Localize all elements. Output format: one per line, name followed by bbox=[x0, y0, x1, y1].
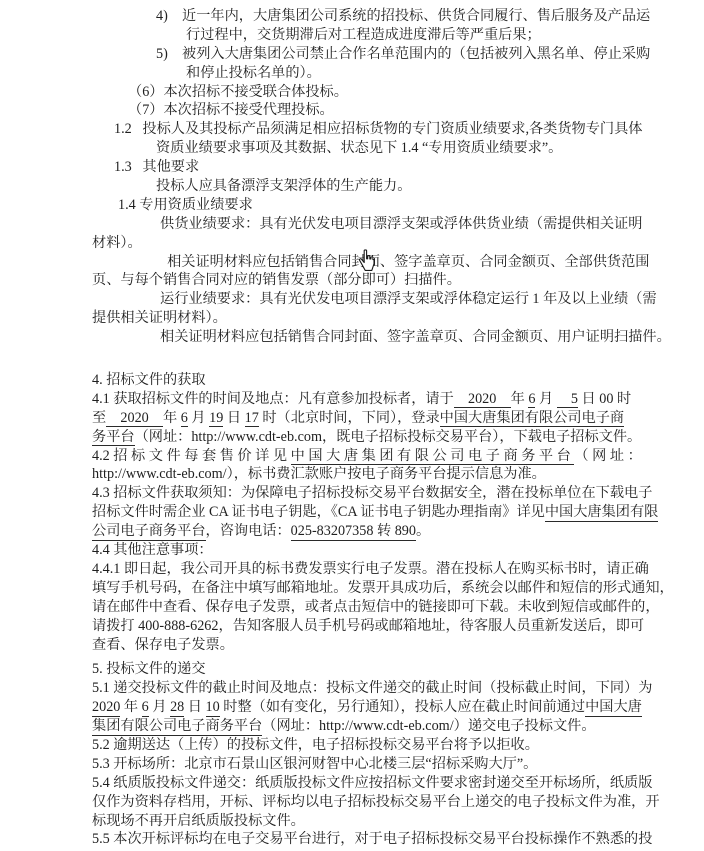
text-segment: 资质业绩要求事项及其数据、状态见下 1.4 “专用资质业绩要求”。 bbox=[156, 140, 562, 156]
text-segment: 请拨打 400-888-6262，告知客服人员手机号码或邮箱地址，待客服人员重新… bbox=[92, 618, 644, 634]
doc-line: 公司电子商务平台，咨询电话：025-83207358 转 890。 bbox=[92, 522, 614, 541]
underlined-text: 公司电子商务平台 bbox=[92, 523, 206, 541]
underlined-text: 中国大唐集团有限 bbox=[545, 504, 659, 522]
text-segment: 5.4 纸质版投标文件递交：纸质版投标文件应按招标文件要求密封递交至开标场所，纸… bbox=[92, 775, 652, 791]
underlined-text: 025-83207358 转 890 bbox=[291, 523, 416, 541]
text-segment: 月 bbox=[149, 699, 170, 715]
text-segment: 运行业绩要求：具有光伏发电项目漂浮支架或浮体稳定运行 1 年及以上业绩（需 bbox=[160, 291, 657, 307]
underlined-text: 6 bbox=[142, 699, 149, 717]
doc-line: 4.3 招标文件获取须知：为保障电子招标投标交易平台数据安全，潜在投标单位在下载… bbox=[92, 484, 614, 503]
text-segment: 4.3 招标文件获取须知：为保障电子招标投标交易平台数据安全，潜在投标单位在下载… bbox=[92, 485, 652, 501]
underlined-text: 中国大唐集团有限公司电子商 bbox=[440, 410, 624, 428]
text-segment: 日 00 时 bbox=[578, 391, 631, 407]
document-text-column: 4) 近一年内，大唐集团公司系统的招投标、供货合同履行、售后服务及产品运行过程中… bbox=[92, 7, 614, 849]
doc-line: 集团有限公司电子商务平台（网址：http://www.cdt-eb.com/）递… bbox=[92, 717, 614, 736]
doc-line: 4) 近一年内，大唐集团公司系统的招投标、供货合同履行、售后服务及产品运 bbox=[92, 7, 614, 26]
underlined-text: 务平台 bbox=[92, 429, 135, 447]
text-segment: http://www.cdt-eb.com/），标书费汇款账户按电子商务平台提示… bbox=[92, 466, 546, 482]
underlined-text: 中 国 大 唐 集 团 有 限 公 司 电 子 商 务 平 台 bbox=[291, 448, 575, 466]
doc-line: 5) 被列入大唐集团公司禁止合作名单范围内的（包括被列入黑名单、停止采购 bbox=[92, 45, 614, 64]
text-segment: 投标人应具备漂浮支架浮体的生产能力。 bbox=[156, 178, 411, 194]
doc-line: 相关证明材料应包括销售合同封面、签字盖章页、合同金额页、全部供货范围 bbox=[92, 253, 614, 272]
text-segment: （7）本次招标不接受代理投标。 bbox=[128, 102, 334, 118]
text-segment: 仅作为资料存档用，开标、评标均以电子招标投标交易平台上递交的电子投标文件为准，开 bbox=[92, 794, 660, 810]
text-segment: 1.3 其他要求 bbox=[114, 159, 199, 175]
doc-line: 仅作为资料存档用，开标、评标均以电子招标投标交易平台上递交的电子投标文件为准，开 bbox=[92, 793, 614, 812]
text-segment: 年 bbox=[120, 699, 141, 715]
text-segment: 4.1 获取招标文件的时间及地点：凡有意参加投标者，请于 bbox=[92, 391, 454, 407]
text-segment: 4.4 其他注意事项： bbox=[92, 542, 213, 558]
doc-line: 4.2 招 标 文 件 每 套 售 价 详 见 中 国 大 唐 集 团 有 限 … bbox=[92, 447, 614, 466]
doc-line: 4. 招标文件的获取 bbox=[92, 371, 614, 390]
doc-line: 4.4 其他注意事项： bbox=[92, 541, 614, 560]
doc-line: 至 2020 年 6 月 19 日 17 时（北京时间，下同），登录中国大唐集团… bbox=[92, 409, 614, 428]
text-segment: 页、与每个销售合同对应的销售发票（部分即可）扫描件。 bbox=[92, 272, 461, 288]
doc-line: 务平台（网址：http://www.cdt-eb.com，既电子招标投标交易平台… bbox=[92, 428, 614, 447]
doc-line: 5. 投标文件的递交 bbox=[92, 660, 614, 679]
text-segment: 4) 近一年内，大唐集团公司系统的招投标、供货合同履行、售后服务及产品运 bbox=[156, 8, 650, 24]
doc-line: 标现场不再开启纸质版投标文件。 bbox=[92, 812, 614, 831]
text-segment: 4.2 招 标 文 件 每 套 售 价 详 见 bbox=[92, 448, 291, 464]
text-segment: 1.2 投标人及其投标产品须满足相应招标货物的专门资质业绩要求,各类货物专门具体 bbox=[114, 121, 643, 137]
text-segment: 填写手机号码，在备注中填写邮箱地址。发票开具成功后，系统会以邮件和短信的形式通知… bbox=[92, 580, 674, 596]
doc-line: http://www.cdt-eb.com/），标书费汇款账户按电子商务平台提示… bbox=[92, 465, 614, 484]
underlined-text: 集团有限公司电子商务平台 bbox=[92, 718, 262, 736]
text-segment: 月 bbox=[188, 410, 209, 426]
doc-line: 5.5 本次开标评标均在电子交易平台进行，对于电子招标投标交易平台投标操作不熟悉… bbox=[92, 830, 614, 849]
doc-line: 材料）。 bbox=[92, 234, 614, 253]
text-segment: 5.2 逾期送达（上传）的投标文件，电子招标投标交易平台将予以拒收。 bbox=[92, 737, 539, 753]
text-segment: 时（北京时间，下同），登录 bbox=[259, 410, 440, 426]
doc-line: 请拨打 400-888-6262，告知客服人员手机号码或邮箱地址，待客服人员重新… bbox=[92, 617, 614, 636]
text-segment: 4. 招标文件的获取 bbox=[92, 372, 206, 388]
text-segment: 日 bbox=[184, 699, 205, 715]
underlined-text: 19 bbox=[209, 410, 223, 428]
doc-line: 5.1 递交投标文件的截止时间及地点：投标文件递交的截止时间（投标截止时间，下同… bbox=[92, 679, 614, 698]
doc-line: 招标文件时需企业 CA 证书电子钥匙，《CA 证书电子钥匙办理指南》详见中国大唐… bbox=[92, 503, 614, 522]
underlined-text: 2020 bbox=[106, 410, 163, 428]
text-segment: 年 bbox=[511, 391, 529, 407]
text-segment: （6）本次招标不接受联合体投标。 bbox=[128, 84, 348, 100]
doc-line: 提供相关证明材料）。 bbox=[92, 309, 614, 328]
text-segment: ，咨询电话： bbox=[206, 523, 291, 539]
text-segment: （网址：http://www.cdt-eb.com/）递交电子投标文件。 bbox=[262, 718, 595, 734]
doc-line: 1.4 专用资质业绩要求 bbox=[92, 196, 614, 215]
doc-line: 相关证明材料应包括销售合同封面、签字盖章页、合同金额页、用户证明扫描件。 bbox=[92, 328, 614, 347]
text-segment: 5.1 递交投标文件的截止时间及地点：投标文件递交的截止时间（投标截止时间，下同… bbox=[92, 680, 652, 696]
text-segment: 5.5 本次开标评标均在电子交易平台进行，对于电子招标投标交易平台投标操作不熟悉… bbox=[92, 831, 652, 847]
text-segment: 标现场不再开启纸质版投标文件。 bbox=[92, 813, 305, 829]
text-segment: 提供相关证明材料）。 bbox=[92, 310, 227, 326]
underlined-text: 2020 bbox=[454, 391, 511, 409]
underlined-text: 17 bbox=[245, 410, 259, 428]
underlined-text: 中国大唐 bbox=[585, 699, 642, 717]
text-segment: （ 网 址 ： bbox=[574, 448, 641, 464]
doc-line: 5.4 纸质版投标文件递交：纸质版投标文件应按招标文件要求密封递交至开标场所，纸… bbox=[92, 774, 614, 793]
text-segment: 行过程中，交货期滞后对工程造成进度滞后等严重后果； bbox=[186, 27, 541, 43]
doc-line: 查看、保存电子发票。 bbox=[92, 636, 614, 655]
text-segment: 日 bbox=[223, 410, 244, 426]
text-segment: 时整（如有变化，另行通知），投标人应在截止时间前通过 bbox=[220, 699, 585, 715]
doc-line: 页、与每个销售合同对应的销售发票（部分即可）扫描件。 bbox=[92, 271, 614, 290]
doc-line: （6）本次招标不接受联合体投标。 bbox=[92, 83, 614, 102]
text-segment: 。 bbox=[416, 523, 430, 539]
doc-line: 2020 年 6 月 28 日 10 时整（如有变化，另行通知），投标人应在截止… bbox=[92, 698, 614, 717]
underlined-text: 28 bbox=[170, 699, 184, 717]
doc-line: 请在邮件中查看、保存电子发票，或者点击短信中的链接即可下载。未收到短信或邮件的， bbox=[92, 598, 614, 617]
text-segment: 4.4.1 即日起，我公司开具的标书费发票实行电子发票。潜在投标人在购买标书时，… bbox=[92, 561, 649, 577]
doc-line: 4.4.1 即日起，我公司开具的标书费发票实行电子发票。潜在投标人在购买标书时，… bbox=[92, 560, 614, 579]
text-segment: 材料）。 bbox=[92, 235, 142, 251]
doc-line: 5.3 开标场所：北京市石景山区银河财智中心北楼三层“招标采购大厅”。 bbox=[92, 755, 614, 774]
underlined-text: 2020 bbox=[92, 699, 120, 717]
doc-line: 1.3 其他要求 bbox=[92, 158, 614, 177]
doc-line: 供货业绩要求：具有光伏发电项目漂浮支架或浮体供货业绩（需提供相关证明 bbox=[92, 215, 614, 234]
text-segment: 相关证明材料应包括销售合同封面、签字盖章页、合同金额页、用户证明扫描件。 bbox=[160, 329, 671, 345]
text-segment: 请在邮件中查看、保存电子发票，或者点击短信中的链接即可下载。未收到短信或邮件的， bbox=[92, 599, 660, 615]
text-segment: 1.4 专用资质业绩要求 bbox=[118, 197, 253, 213]
text-segment: 至 bbox=[92, 410, 106, 426]
doc-line: 5.2 逾期送达（上传）的投标文件，电子招标投标交易平台将予以拒收。 bbox=[92, 736, 614, 755]
underlined-text: 6 bbox=[181, 410, 188, 428]
text-segment: 年 bbox=[163, 410, 181, 426]
doc-line: 4.1 获取招标文件的时间及地点：凡有意参加投标者，请于 2020 年 6 月 … bbox=[92, 390, 614, 409]
doc-line: 1.2 投标人及其投标产品须满足相应招标货物的专门资质业绩要求,各类货物专门具体 bbox=[92, 120, 614, 139]
underlined-text: 10 bbox=[206, 699, 220, 717]
document-page: 4) 近一年内，大唐集团公司系统的招投标、供货合同履行、售后服务及产品运行过程中… bbox=[0, 0, 704, 851]
doc-line: 资质业绩要求事项及其数据、状态见下 1.4 “专用资质业绩要求”。 bbox=[92, 139, 614, 158]
doc-line: 投标人应具备漂浮支架浮体的生产能力。 bbox=[92, 177, 614, 196]
text-segment: 月 bbox=[535, 391, 556, 407]
text-segment: 相关证明材料应包括销售合同封面、签字盖章页、合同金额页、全部供货范围 bbox=[160, 254, 649, 270]
underlined-text: 5 bbox=[557, 391, 578, 409]
doc-line: 行过程中，交货期滞后对工程造成进度滞后等严重后果； bbox=[92, 26, 614, 45]
text-segment: 5. 投标文件的递交 bbox=[92, 661, 206, 677]
doc-line: 和停止投标名单的）。 bbox=[92, 64, 614, 83]
text-segment: 供货业绩要求：具有光伏发电项目漂浮支架或浮体供货业绩（需提供相关证明 bbox=[160, 216, 642, 232]
doc-line: （7）本次招标不接受代理投标。 bbox=[92, 101, 614, 120]
doc-line: 填写手机号码，在备注中填写邮箱地址。发票开具成功后，系统会以邮件和短信的形式通知… bbox=[92, 579, 614, 598]
text-segment: 和停止投标名单的）。 bbox=[186, 65, 321, 81]
text-segment: 招标文件时需企业 CA 证书电子钥匙，《CA 证书电子钥匙办理指南》详见 bbox=[92, 504, 545, 520]
text-segment: 5) 被列入大唐集团公司禁止合作名单范围内的（包括被列入黑名单、停止采购 bbox=[156, 46, 650, 62]
text-segment: （网址：http://www.cdt-eb.com，既电子招标投标交易平台），下… bbox=[135, 429, 642, 445]
text-segment: 查看、保存电子发票。 bbox=[92, 637, 234, 653]
text-segment: 5.3 开标场所：北京市石景山区银河财智中心北楼三层“招标采购大厅”。 bbox=[92, 756, 537, 772]
doc-line: 运行业绩要求：具有光伏发电项目漂浮支架或浮体稳定运行 1 年及以上业绩（需 bbox=[92, 290, 614, 309]
